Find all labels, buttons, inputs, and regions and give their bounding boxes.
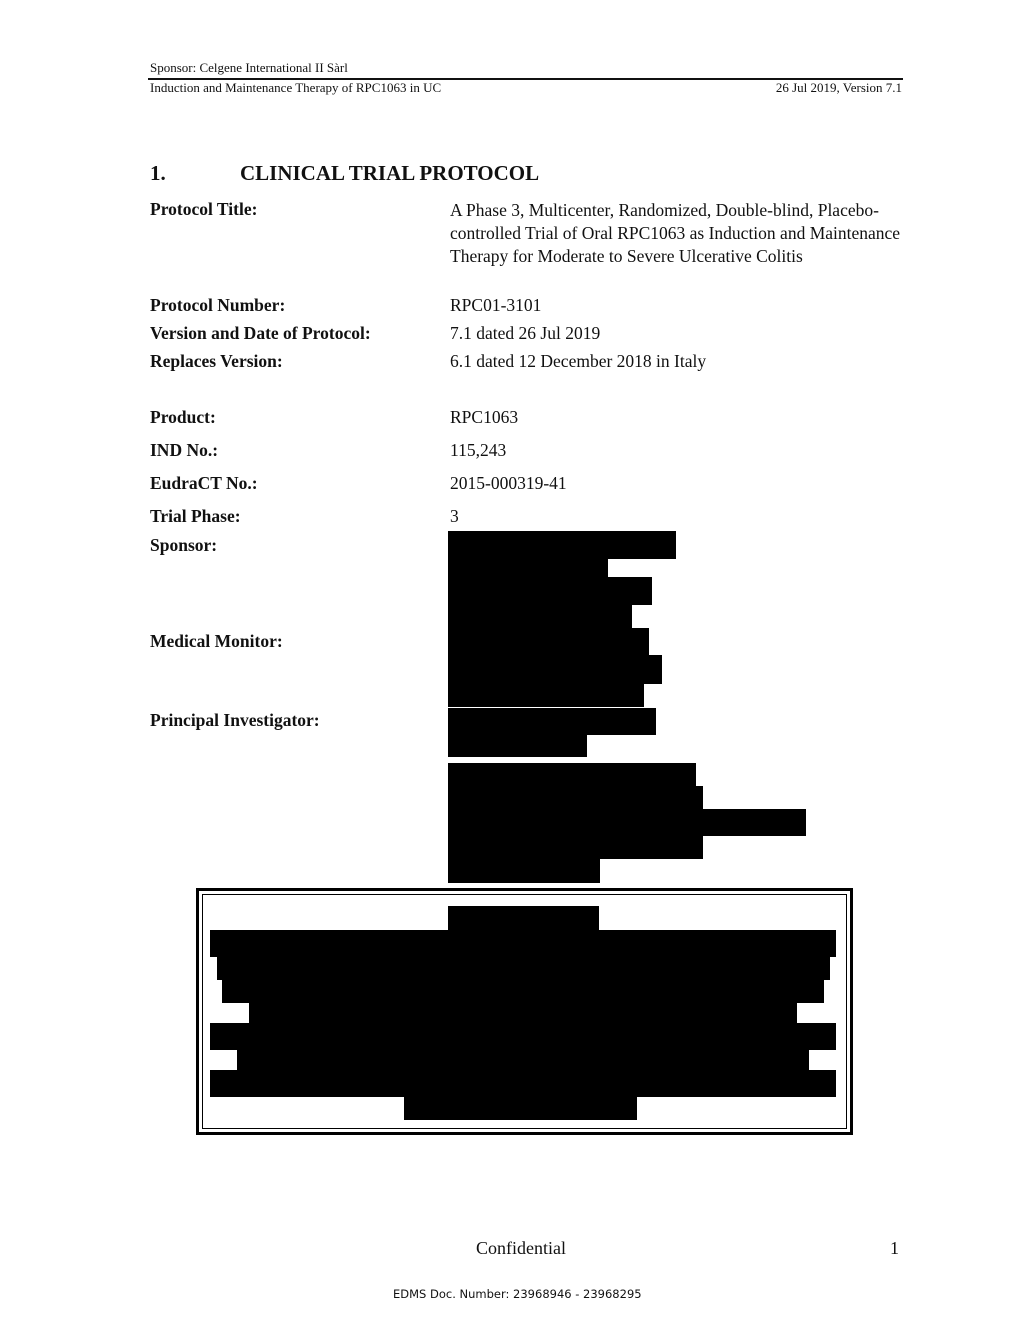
replaces-version-label: Replaces Version: [150, 351, 283, 372]
header-short-title: Induction and Maintenance Therapy of RPC… [150, 80, 441, 96]
protocol-title-value: A Phase 3, Multicenter, Randomized, Doub… [450, 199, 910, 268]
trial-phase-label: Trial Phase: [150, 506, 241, 527]
product-value: RPC1063 [450, 407, 518, 428]
protocol-number-value: RPC01-3101 [450, 295, 541, 316]
eudract-no-value: 2015-000319-41 [450, 473, 567, 494]
protocol-title-label: Protocol Title: [150, 199, 257, 220]
ind-no-value: 115,243 [450, 440, 506, 461]
trial-phase-value: 3 [450, 506, 459, 527]
ind-no-label: IND No.: [150, 440, 218, 461]
eudract-no-label: EudraCT No.: [150, 473, 258, 494]
section-title: CLINICAL TRIAL PROTOCOL [240, 161, 539, 186]
header-date-version: 26 Jul 2019, Version 7.1 [776, 80, 902, 96]
section-number: 1. [150, 161, 166, 186]
version-date-label: Version and Date of Protocol: [150, 323, 371, 344]
footer-page-number: 1 [890, 1238, 899, 1259]
header-sponsor: Sponsor: Celgene International II Sàrl [150, 60, 348, 76]
version-date-value: 7.1 dated 26 Jul 2019 [450, 323, 600, 344]
sponsor-label: Sponsor: [150, 535, 217, 556]
medical-monitor-label: Medical Monitor: [150, 631, 283, 652]
footer-edms-number: EDMS Doc. Number: 23968946 - 23968295 [393, 1287, 642, 1301]
product-label: Product: [150, 407, 216, 428]
principal-investigator-label: Principal Investigator: [150, 710, 320, 731]
replaces-version-value: 6.1 dated 12 December 2018 in Italy [450, 351, 706, 372]
footer-confidential: Confidential [476, 1238, 566, 1259]
protocol-number-label: Protocol Number: [150, 295, 285, 316]
